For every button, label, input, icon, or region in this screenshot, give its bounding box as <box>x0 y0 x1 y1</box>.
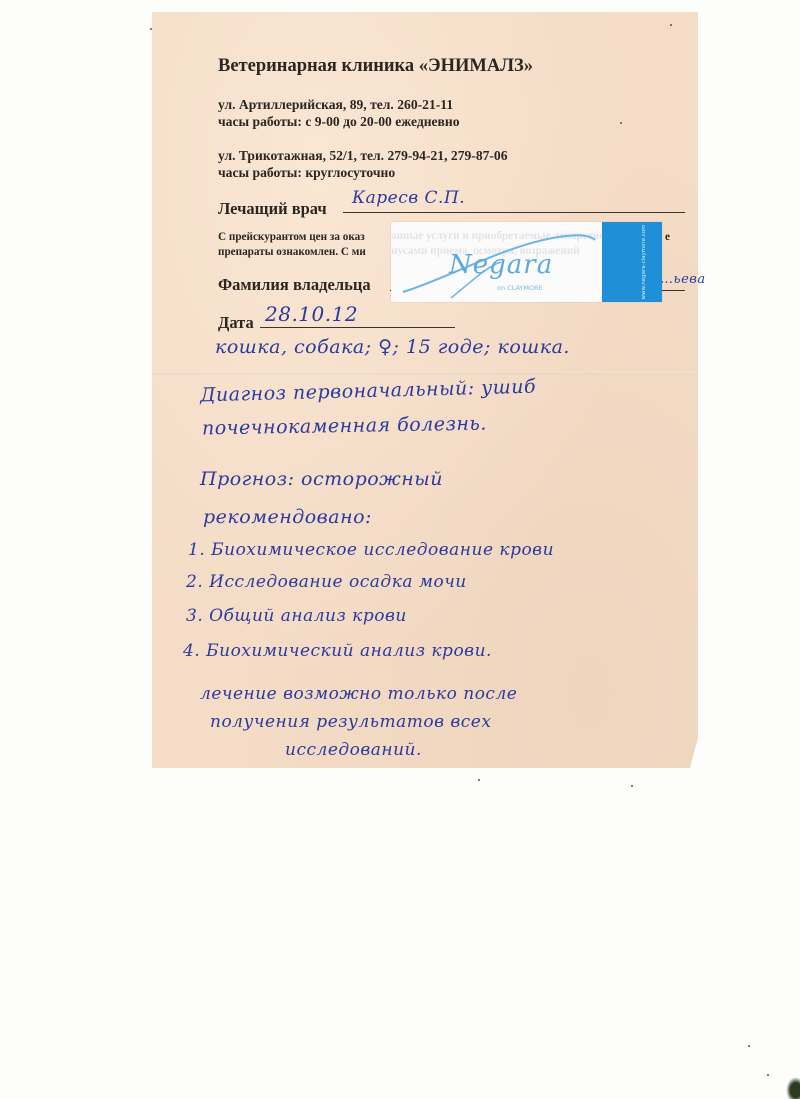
owner-label: Фамилия владельца <box>218 275 371 295</box>
owner-name: …ьева <box>660 272 706 287</box>
patient-line: кошка, собака; ♀; 15 годе; кошка. <box>215 336 570 358</box>
sticker-brand: Negara <box>449 250 553 280</box>
note-line-3: исследований. <box>285 740 422 760</box>
scan-speck <box>478 779 480 781</box>
note-line-1: лечение возможно только после <box>200 684 517 704</box>
recommendation-item-4: 4. Биохимический анализ крови. <box>183 641 492 661</box>
scan-corner-mark <box>786 1077 800 1099</box>
scan-speck <box>748 1045 750 1047</box>
scan-speck <box>631 785 633 787</box>
recommendation-item-1: 1. Биохимическое исследование крови <box>188 540 554 560</box>
consent-text-line-2: препараты ознакомлен. С ми <box>218 245 366 260</box>
clinic-address-2: ул. Трикотажная, 52/1, тел. 279-94-21, 2… <box>218 147 508 164</box>
scan-speck <box>670 24 672 26</box>
sticker-url: www.negara-claymore.com <box>641 224 647 299</box>
prognosis-line: Прогноз: осторожный <box>200 468 443 490</box>
negara-sticker: анные услуги и приобретаемые лекарственн… <box>391 222 662 302</box>
clinic-address-1: ул. Артиллерийская, 89, тел. 260-21-11 <box>218 96 453 113</box>
doctor-name: Каресв С.П. <box>352 188 465 208</box>
clinic-title: Ветеринарная клиника «ЭНИМАЛЗ» <box>218 56 533 77</box>
scan-speck <box>620 122 622 124</box>
doctor-label: Лечащий врач <box>218 199 327 219</box>
recommended-label: рекомендовано: <box>203 506 372 528</box>
consent-text-line-1-end: е <box>665 230 670 245</box>
sticker-subtitle: on CLAYMORE <box>497 284 543 292</box>
sticker-stripe: www.negara-claymore.com <box>602 222 662 302</box>
date-label: Дата <box>218 313 254 333</box>
clinic-hours-2: часы работы: круглосуточно <box>218 164 395 181</box>
date-underline <box>260 327 455 328</box>
recommendation-item-2: 2. Исследование осадка мочи <box>186 572 467 592</box>
recommendation-item-3: 3. Общий анализ крови <box>186 606 407 626</box>
doctor-underline <box>343 212 685 213</box>
paper-fold <box>152 372 698 374</box>
scan-speck <box>150 28 152 30</box>
note-line-2: получения результатов всех <box>210 712 491 732</box>
scan-speck <box>767 1074 769 1076</box>
clinic-hours-1: часы работы: с 9-00 до 20-00 ежедневно <box>218 113 460 130</box>
consent-text-line-1: С прейскурантом цен за оказ <box>218 230 365 245</box>
date-value: 28.10.12 <box>265 302 358 326</box>
